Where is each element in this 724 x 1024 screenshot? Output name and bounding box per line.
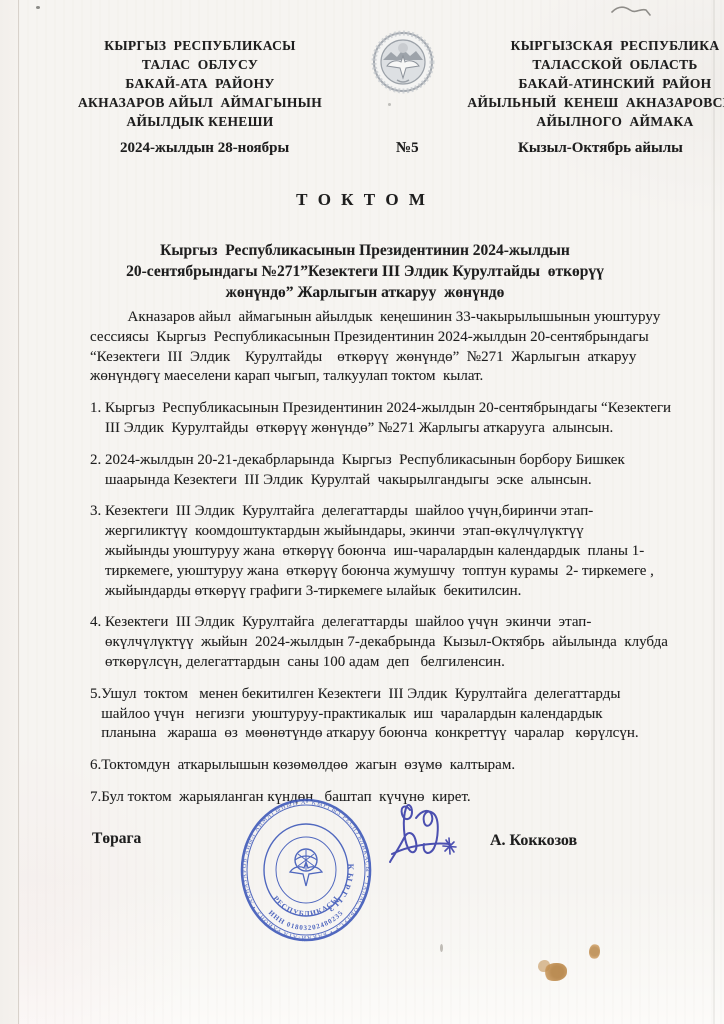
header-russian: КЫРГЫЗСКАЯ РЕСПУБЛИКА ТАЛАССКОЙ ОБЛАСТЬ … (465, 36, 724, 131)
paper-stain (543, 963, 567, 981)
intro-paragraph: Акназаров айыл аймагынын айылдык кеңешин… (90, 308, 706, 387)
document-body: Акназаров айыл аймагынын айылдык кеңешин… (90, 308, 706, 820)
item-5: 5.Ушул токтом менен бекитилген Кезектеги… (90, 685, 706, 744)
header-kyrgyz: КЫРГЫЗ РЕСПУБЛИКАСЫ ТАЛАС ОБЛУСУ БАКАЙ-А… (50, 36, 350, 131)
item-2: 2. 2024-жылдын 20-21-декабрларында Кыргы… (90, 451, 706, 491)
scan-speck (388, 103, 391, 106)
document-date: 2024-жылдын 28-ноябры (120, 140, 289, 157)
document-subject: Кыргыз Республикасынын Президентинин 202… (95, 240, 635, 303)
coat-of-arms-icon (371, 30, 435, 98)
stamp-center-emblem (290, 849, 322, 886)
item-1: 1. Кыргыз Республикасынын Президентинин … (90, 399, 706, 439)
scan-speck (36, 6, 40, 9)
scan-speck (440, 944, 443, 952)
item-4: 4. Кезектеги III Элдик Курултайга делега… (90, 613, 706, 672)
paper-stain (589, 944, 600, 959)
signature-name: А. Коккозов (490, 832, 577, 850)
signature-role: Төрага (92, 830, 141, 848)
document-place: Кызыл-Октябрь айылы (518, 140, 683, 157)
official-stamp: • КЫРГЫЗ РЕСПУБЛИКАСЫ • ТАЛАС ОБЛУСУ • Б… (236, 794, 376, 946)
document-title: Т О К Т О М (0, 190, 724, 210)
pen-squiggle-artifact (610, 2, 658, 18)
dateline: 2024-жылдын 28-ноябры №5 Кызыл-Октябрь а… (0, 140, 724, 162)
handwritten-signature (388, 796, 488, 880)
scanned-document-page: КЫРГЫЗ РЕСПУБЛИКАСЫ ТАЛАС ОБЛУСУ БАКАЙ-А… (0, 0, 724, 1024)
document-number: №5 (396, 140, 419, 157)
item-6: 6.Токтомдун аткарылышын көзөмөлдөө жагын… (90, 756, 706, 776)
item-3: 3. Кезектеги III Элдик Курултайга делега… (90, 502, 706, 601)
